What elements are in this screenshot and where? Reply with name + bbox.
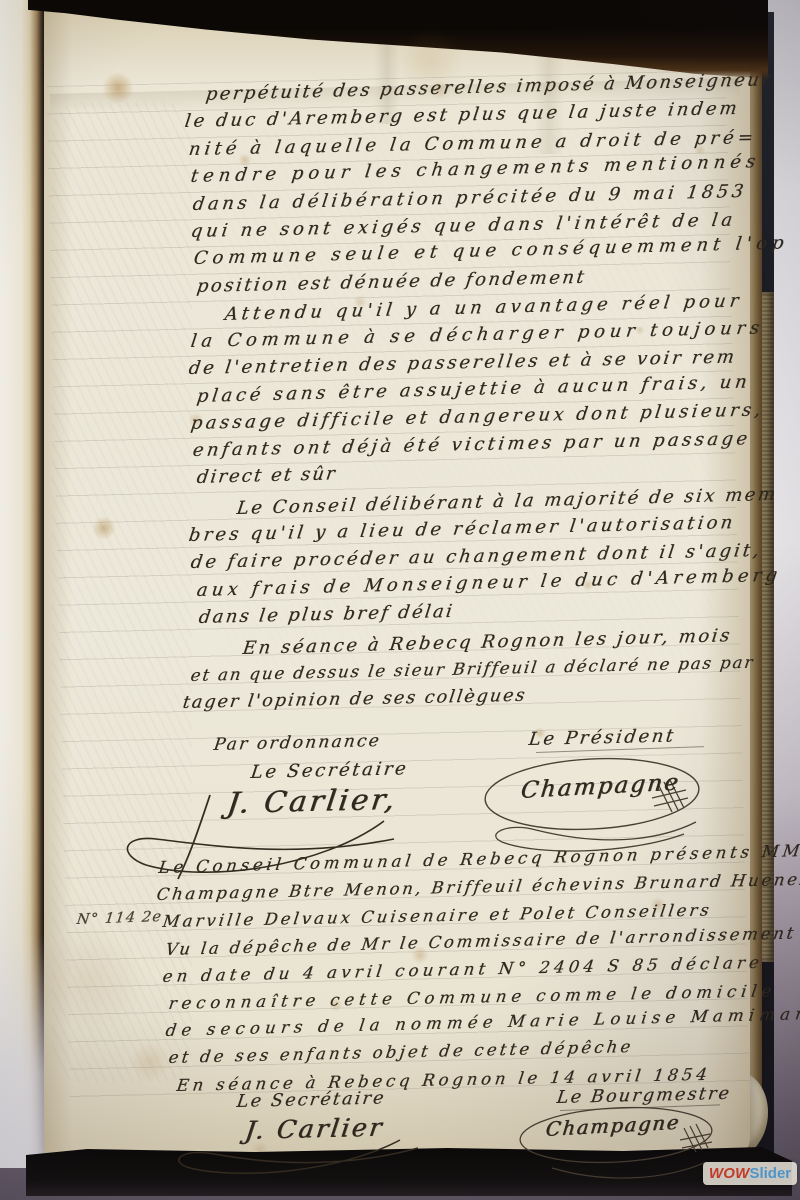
mayor-title: Le Bourgmestre xyxy=(555,1084,732,1108)
wowslider-wow-label: WOW xyxy=(709,1166,750,1181)
president-title: Le Président xyxy=(527,725,677,750)
session-record-line: en date du 4 avril courant N° 2404 S 85 … xyxy=(161,953,764,986)
deliberation-line: tager l'opinion de ses collègues xyxy=(181,686,527,713)
wowslider-watermark[interactable]: WOWSlider xyxy=(703,1162,797,1185)
by-order-label: Par ordonnance xyxy=(212,731,382,755)
session-record-line: et de ses enfants objet de cette dépêche xyxy=(167,1037,634,1067)
secretary-title: Le Secrétaire xyxy=(249,758,409,783)
secretary-signature: J. Carlier, xyxy=(225,782,399,820)
secretary-title: Le Secrétaire xyxy=(235,1088,386,1112)
secretary-signature: J. Carlier xyxy=(243,1113,386,1145)
paraph-hatch-icon xyxy=(680,1124,712,1152)
deliberation-line: enfants ont déjà été victimes par un pas… xyxy=(191,428,751,461)
deliberation-line: direct et sûr xyxy=(195,463,338,488)
handwritten-text-layer: perpétuité des passerelles imposé à Mons… xyxy=(0,0,800,1200)
margin-act-number: N° 114 2e xyxy=(76,909,163,928)
deliberation-line: dans le plus bref délai xyxy=(197,601,455,628)
deliberation-line: dans la délibération précitée du 9 mai 1… xyxy=(191,180,748,214)
photo-of-register-page: perpétuité des passerelles imposé à Mons… xyxy=(0,0,800,1200)
wowslider-slider-label: Slider xyxy=(749,1166,791,1181)
deliberation-line: position est dénuée de fondement xyxy=(195,267,587,297)
